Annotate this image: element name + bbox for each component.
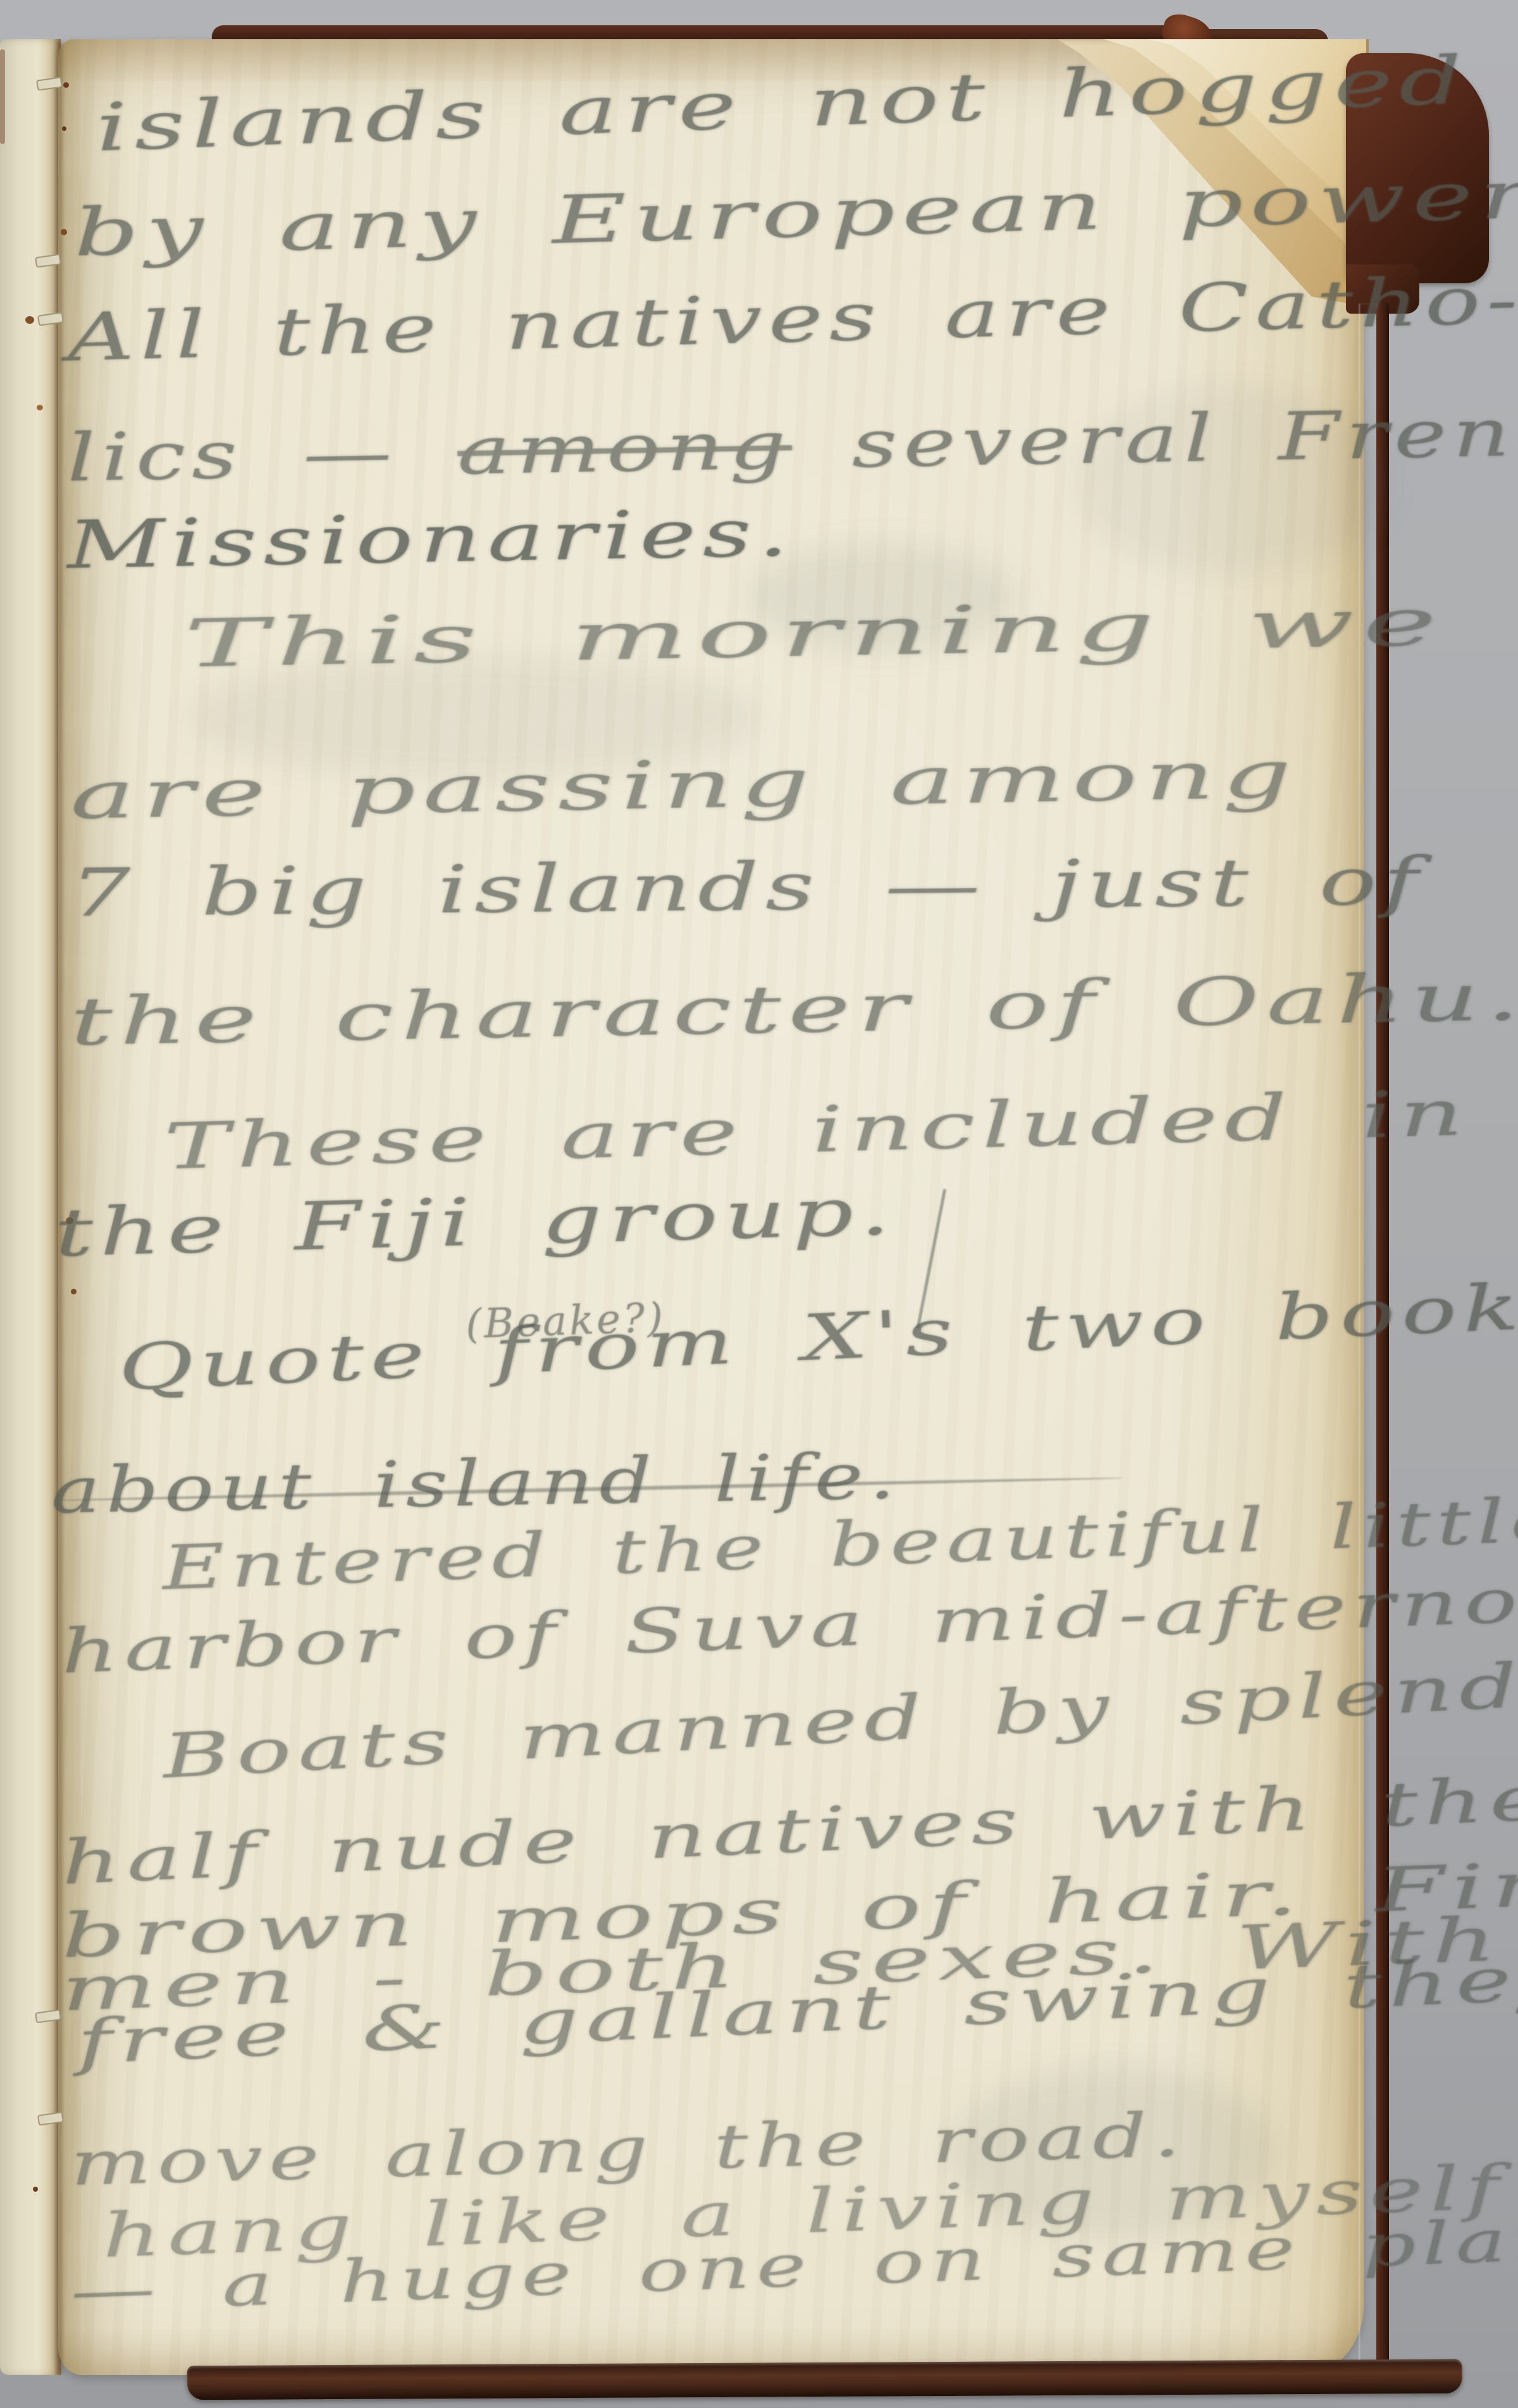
handwriting-line: Missionaries. [66, 500, 795, 578]
foxing-spot [62, 126, 66, 131]
foxing-spot [37, 405, 43, 410]
foxing-spot [71, 1289, 77, 1294]
bottom-leather-edge [187, 2359, 1462, 2400]
handwriting-line: the Fiji group. [54, 1178, 897, 1266]
facing-page-edge-line [0, 49, 5, 144]
photo-of-notebook: islands are not hogged by any European p… [0, 0, 1518, 2408]
line-segment: several French [791, 392, 1518, 484]
facing-page-sliver [0, 39, 61, 2375]
foxing-spot [63, 82, 69, 88]
handwriting-line: 7 big islands — just of [70, 848, 1425, 926]
foxing-spot [25, 316, 34, 324]
foxing-spot [33, 2187, 38, 2192]
struck-word: among [457, 407, 793, 489]
handwriting-line: are passing among [70, 741, 1299, 828]
foxing-spot [61, 229, 67, 235]
line-segment: lics — [66, 412, 458, 496]
handwriting-line: This morning we [183, 589, 1445, 677]
